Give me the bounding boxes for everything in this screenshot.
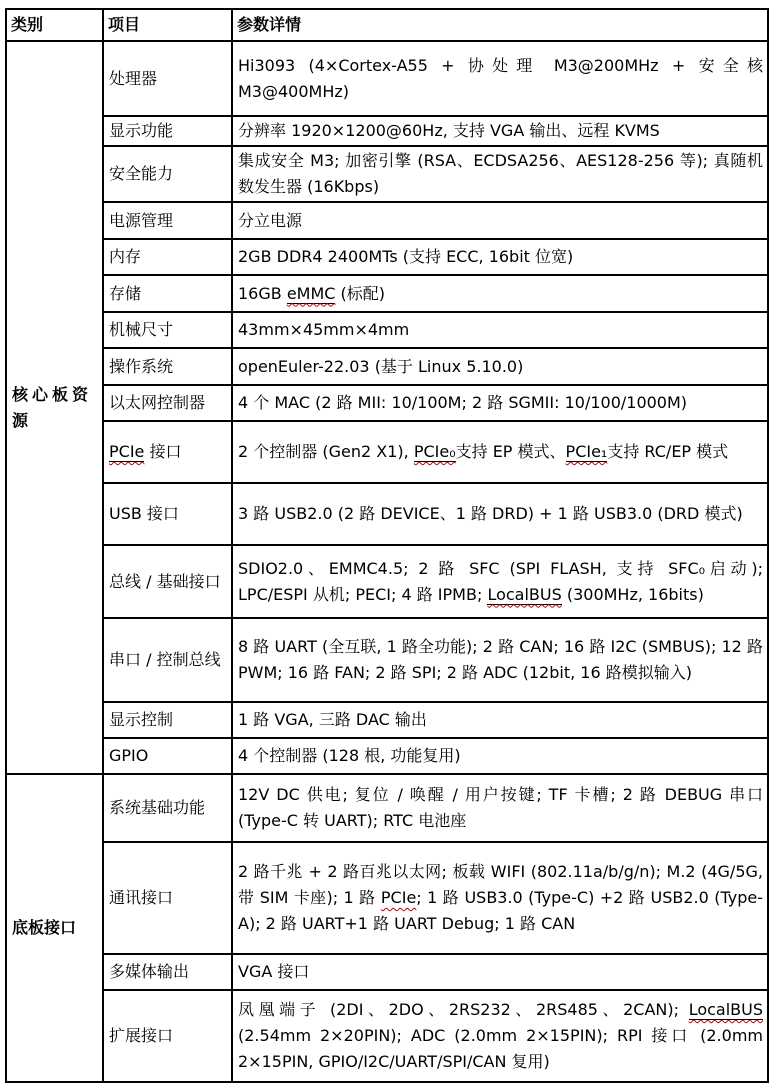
item-cell: GPIO	[103, 738, 232, 774]
detail-cell: 集成安全 M3; 加密引擎 (RSA、ECDSA256、AES128-256 等…	[232, 146, 768, 202]
item-cell: PCIe 接口	[103, 421, 232, 483]
spec-row: 串口 / 控制总线 8 路 UART (全互联, 1 路全功能); 2 路 CA…	[6, 618, 768, 702]
item-cell: 扩展接口	[103, 990, 232, 1082]
spellcheck-word: eMMC	[287, 284, 336, 304]
detail-cell: 2GB DDR4 2400MTs (支持 ECC, 16bit 位宽)	[232, 239, 768, 275]
detail-cell: 2 个控制器 (Gen2 X1), PCIe₀支持 EP 模式、PCIe₁支持 …	[232, 421, 768, 483]
item-cell: 多媒体输出	[103, 954, 232, 990]
spellcheck-word: LocalBUS	[487, 585, 561, 605]
detail-cell: 8 路 UART (全互联, 1 路全功能); 2 路 CAN; 16 路 I2…	[232, 618, 768, 702]
item-cell: 机械尺寸	[103, 312, 232, 348]
spellcheck-word: PCIe	[109, 442, 144, 462]
spec-row: 多媒体输出 VGA 接口	[6, 954, 768, 990]
spec-row: 机械尺寸 43mm×45mm×4mm	[6, 312, 768, 348]
document-page: 类别 项目 参数详情 核心板资源 处理器 Hi3093 (4×Cortex-A5…	[0, 0, 772, 1088]
detail-cell: Hi3093 (4×Cortex-A55 + 协处理 M3@200MHz + 安…	[232, 41, 768, 116]
spellcheck-word: PCIe	[381, 888, 416, 907]
spec-row: 显示控制 1 路 VGA, 三路 DAC 输出	[6, 702, 768, 738]
spec-row: 显示功能 分辨率 1920×1200@60Hz, 支持 VGA 输出、远程 KV…	[6, 116, 768, 146]
spec-row: 底板接口 系统基础功能 12V DC 供电; 复位 / 唤醒 / 用户按键; T…	[6, 774, 768, 842]
header-detail: 参数详情	[232, 9, 768, 41]
item-cell: 显示功能	[103, 116, 232, 146]
detail-cell: 12V DC 供电; 复位 / 唤醒 / 用户按键; TF 卡槽; 2 路 DE…	[232, 774, 768, 842]
detail-cell: 4 个 MAC (2 路 MII: 10/100M; 2 路 SGMII: 10…	[232, 385, 768, 421]
category-label: 核心板资源	[12, 382, 88, 434]
category-label: 底板接口	[12, 915, 88, 941]
spec-row: 操作系统 openEuler-22.03 (基于 Linux 5.10.0)	[6, 348, 768, 385]
spellcheck-word: PCIe₁	[566, 442, 608, 462]
spec-row: 以太网控制器 4 个 MAC (2 路 MII: 10/100M; 2 路 SG…	[6, 385, 768, 421]
spec-row: GPIO 4 个控制器 (128 根, 功能复用)	[6, 738, 768, 774]
detail-cell: 16GB eMMC (标配)	[232, 275, 768, 312]
item-cell: 总线 / 基础接口	[103, 545, 232, 618]
item-cell: 存储	[103, 275, 232, 312]
detail-cell: SDIO2.0、EMMC4.5; 2 路 SFC (SPI FLASH, 支持 …	[232, 545, 768, 618]
spec-row: 通讯接口 2 路千兆 + 2 路百兆以太网; 板载 WIFI (802.11a/…	[6, 842, 768, 954]
detail-cell: 43mm×45mm×4mm	[232, 312, 768, 348]
detail-cell: 分立电源	[232, 202, 768, 239]
spec-row: 存储 16GB eMMC (标配)	[6, 275, 768, 312]
category-cell-core-board: 核心板资源	[6, 41, 103, 774]
item-cell: 内存	[103, 239, 232, 275]
item-cell: 电源管理	[103, 202, 232, 239]
spec-table: 类别 项目 参数详情 核心板资源 处理器 Hi3093 (4×Cortex-A5…	[5, 8, 769, 1083]
detail-cell: 2 路千兆 + 2 路百兆以太网; 板载 WIFI (802.11a/b/g/n…	[232, 842, 768, 954]
spec-row: 扩展接口 凤凰端子 (2DI、2DO、2RS232、2RS485、2CAN); …	[6, 990, 768, 1082]
spec-row: USB 接口 3 路 USB2.0 (2 路 DEVICE、1 路 DRD) +…	[6, 483, 768, 545]
spellcheck-word: PCIe₀	[414, 442, 456, 462]
detail-cell: 1 路 VGA, 三路 DAC 输出	[232, 702, 768, 738]
detail-cell: 4 个控制器 (128 根, 功能复用)	[232, 738, 768, 774]
header-item: 项目	[103, 9, 232, 41]
item-cell: 处理器	[103, 41, 232, 116]
header-category: 类别	[6, 9, 103, 41]
header-row: 类别 项目 参数详情	[6, 9, 768, 41]
detail-cell: 分辨率 1920×1200@60Hz, 支持 VGA 输出、远程 KVMS	[232, 116, 768, 146]
item-cell: 通讯接口	[103, 842, 232, 954]
detail-cell: openEuler-22.03 (基于 Linux 5.10.0)	[232, 348, 768, 385]
detail-cell: 凤凰端子 (2DI、2DO、2RS232、2RS485、2CAN); Local…	[232, 990, 768, 1082]
spec-row: 安全能力 集成安全 M3; 加密引擎 (RSA、ECDSA256、AES128-…	[6, 146, 768, 202]
spec-row: PCIe 接口 2 个控制器 (Gen2 X1), PCIe₀支持 EP 模式、…	[6, 421, 768, 483]
item-cell: USB 接口	[103, 483, 232, 545]
item-cell: 串口 / 控制总线	[103, 618, 232, 702]
spec-row: 核心板资源 处理器 Hi3093 (4×Cortex-A55 + 协处理 M3@…	[6, 41, 768, 116]
detail-cell: VGA 接口	[232, 954, 768, 990]
spec-row: 总线 / 基础接口 SDIO2.0、EMMC4.5; 2 路 SFC (SPI …	[6, 545, 768, 618]
spec-row: 电源管理 分立电源	[6, 202, 768, 239]
item-cell: 操作系统	[103, 348, 232, 385]
item-cell: 显示控制	[103, 702, 232, 738]
detail-cell: 3 路 USB2.0 (2 路 DEVICE、1 路 DRD) + 1 路 US…	[232, 483, 768, 545]
item-cell: 系统基础功能	[103, 774, 232, 842]
spec-row: 内存 2GB DDR4 2400MTs (支持 ECC, 16bit 位宽)	[6, 239, 768, 275]
spellcheck-word: LocalBUS	[689, 1000, 763, 1020]
category-cell-baseboard: 底板接口	[6, 774, 103, 1082]
item-cell: 以太网控制器	[103, 385, 232, 421]
item-cell: 安全能力	[103, 146, 232, 202]
